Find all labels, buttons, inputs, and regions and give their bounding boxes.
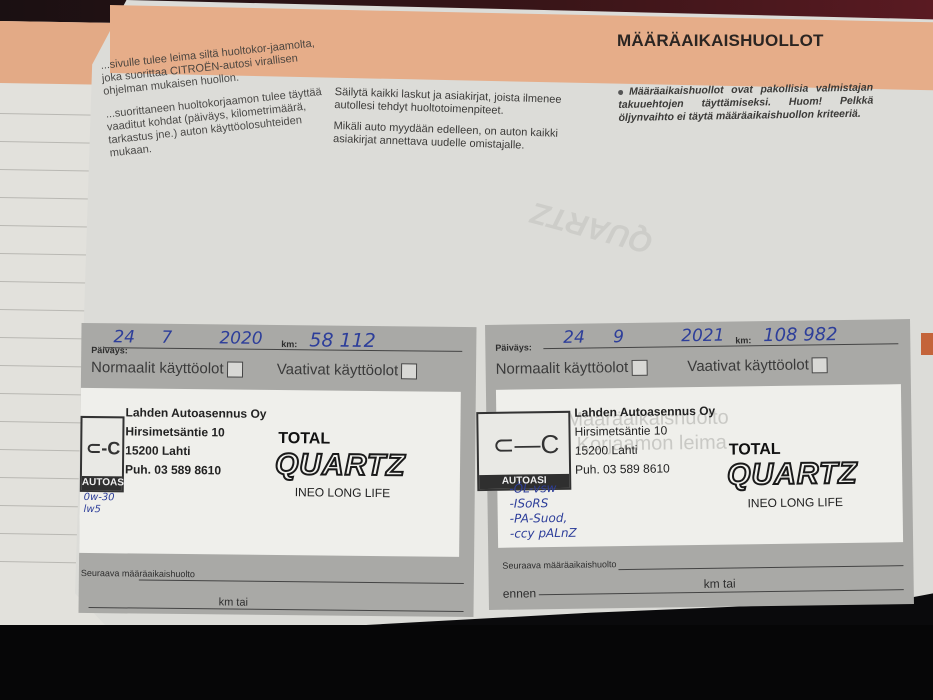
stamp-address: Lahden Autoasennus Oy Hirsimetsäntie 10 … [574,402,716,480]
date-day: 24 [113,327,135,347]
next-service-label: Seuraava määräaikaishuolto [81,568,195,579]
street: Hirsimetsäntie 10 [125,422,266,442]
km-label: km: [281,339,297,349]
autoasi-logo: ⊂—C AUTOASI [476,411,571,491]
intro-column-1: ...sivulle tulee leima siltä huoltokor-j… [100,37,330,170]
company-name: Lahden Autoasennus Oy [125,403,266,423]
brand-top: TOTAL [729,441,781,460]
service-entry-2: Päiväys: 24 9 2021 km: 108 982 Normaalit… [485,319,914,610]
handwritten-notes: -ÖL-vsw -ISoRS -PA-Suod, -ccy pALnZ [509,481,577,542]
intro-column-2: Säilytä kaikki laskut ja asiakirjat, joi… [333,86,605,163]
date-label: Päiväys: [495,342,532,353]
brand-main: QUARTZ [275,448,406,483]
bullet-icon [618,90,623,95]
km-or-label: km tai [219,596,248,608]
km-value: 108 982 [763,324,838,346]
phone: Puh. 03 589 8610 [575,459,716,480]
next-service-label: Seuraava määräaikaishuolto [502,559,616,571]
city: 15200 Lahti [125,441,266,461]
service-entry-1: Päiväys: 24 7 2020 km: 58 112 Normaalit … [78,323,476,617]
note-text: Määräaikaishuollot ovat pakollisia valmi… [618,82,873,124]
normal-conditions-label: Normaalit käyttöolot [91,359,224,377]
page-tab-marker [921,333,933,355]
stamp-address: Lahden Autoasennus Oy Hirsimetsäntie 10 … [125,403,267,480]
normal-conditions-checkbox[interactable] [227,361,243,377]
stamp-area: Määräaikaishuolto Korjaamon leima ⊂—C AU… [496,384,903,548]
brand-sub: INEO LONG LIFE [747,495,843,510]
intro-paragraph: ...suorittaneen huoltokorjaamon tulee tä… [105,86,329,161]
demanding-conditions-label: Vaativat käyttöolot [277,361,399,379]
company-name: Lahden Autoasennus Oy [574,402,715,423]
handwritten-notes: 0w-30 lw5 [84,492,115,516]
intro-paragraph: Mikäli auto myydään edelleen, on auton k… [333,120,604,155]
date-day: 24 [563,328,585,348]
stamp-area: ⊂-C AUTOASI Lahden Autoasennus Oy Hirsim… [79,388,461,557]
car-icon: ⊂—C [492,429,559,461]
demanding-conditions-checkbox[interactable] [401,363,417,379]
intro-column-3: Määräaikaishuollot ovat pakollisia valmi… [618,82,874,125]
normal-conditions-checkbox[interactable] [631,360,647,376]
date-month: 7 [161,328,172,348]
before-label: ennen [503,586,537,600]
city: 15200 Lahti [575,440,716,461]
phone: Puh. 03 589 8610 [125,460,266,480]
demanding-conditions-label: Vaativat käyttöolot [687,356,809,375]
page-title: MÄÄRÄAIKAISHUOLLOT [617,31,824,51]
brand-sub: INEO LONG LIFE [295,485,391,500]
km-label: km: [735,335,751,345]
car-icon: ⊂-C [86,438,120,459]
date-year: 2020 [219,328,262,348]
background-bottom [0,625,933,700]
brand-top: TOTAL [278,430,330,449]
date-year: 2021 [681,326,725,347]
brand-main: QUARTZ [727,457,858,493]
logo-band: AUTOASI [82,476,122,490]
street: Hirsimetsäntie 10 [574,421,715,442]
km-or-label: km tai [704,577,736,591]
date-month: 9 [613,327,624,347]
autoasi-logo: ⊂-C AUTOASI [80,416,125,492]
normal-conditions-label: Normaalit käyttöolot [496,359,629,378]
demanding-conditions-checkbox[interactable] [812,357,828,373]
